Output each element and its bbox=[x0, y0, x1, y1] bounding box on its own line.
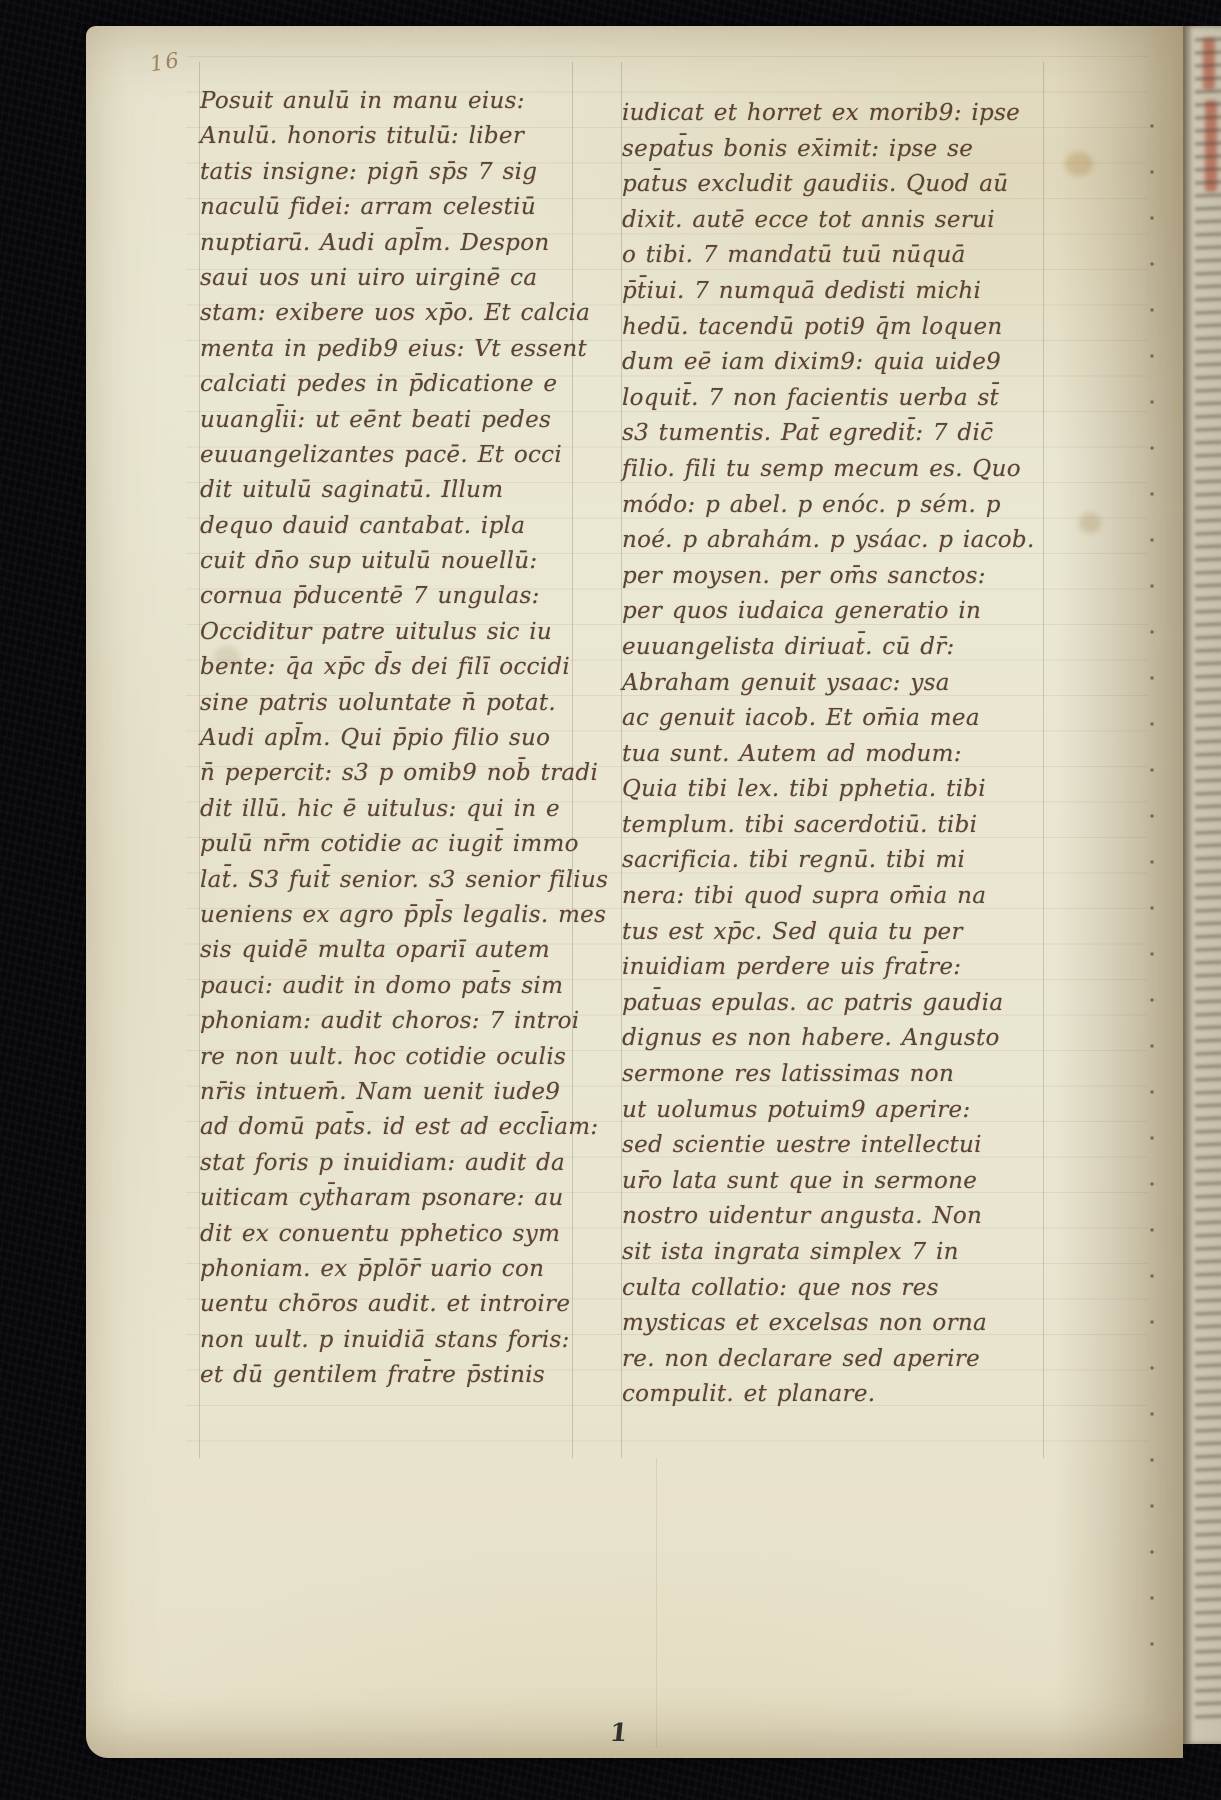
text-line: stat foris p inuidiam: audit da bbox=[200, 1146, 578, 1181]
text-line: sacrificia. tibi regnū. tibi mi bbox=[622, 843, 1052, 879]
text-line: loquit̄. 7 non facientis uerba st̄ bbox=[622, 381, 1052, 417]
text-line: Quia tibi lex. tibi pphetia. tibi bbox=[622, 772, 1052, 808]
text-line: euuangelizantes pacē. Et occi bbox=[200, 438, 578, 473]
text-line: o tibi. 7 mandatū tuū nūquā bbox=[622, 238, 1052, 274]
text-line: saui uos uni uiro uirginē ca bbox=[200, 261, 578, 296]
text-line: pulū nr̄m cotidie ac iugit̄ immo bbox=[200, 827, 578, 862]
text-line: compulit. et planare. bbox=[622, 1377, 1052, 1413]
text-line: dit illū. hic ē uitulus: qui in e bbox=[200, 792, 578, 827]
text-line: culta collatio: que nos res bbox=[622, 1271, 1052, 1307]
text-line: s3 tumentis. Pat̄ egredit̄: 7 dic̄ bbox=[622, 416, 1052, 452]
text-line: ut uolumus potuim9 aperire: bbox=[622, 1093, 1052, 1129]
text-line: dit ex conuentu pphetico sym bbox=[200, 1217, 578, 1252]
text-line: noé. p abrahám. p ysáac. p iacob. bbox=[622, 523, 1052, 559]
text-line: ad domū pat̄s. id est ad eccl̄iam: bbox=[200, 1110, 578, 1145]
text-line: sermone res latissimas non bbox=[622, 1057, 1052, 1093]
text-line: sed scientie uestre intellectui bbox=[622, 1128, 1052, 1164]
text-line: nr̄is intuem̄. Nam uenit iude9 bbox=[200, 1075, 578, 1110]
text-line: uentu chōros audit. et introire bbox=[200, 1287, 578, 1322]
text-line: pat̄uas epulas. ac patris gaudia bbox=[622, 986, 1052, 1022]
right-text-column: iudicat et horret ex morib9: ipsesepat̄u… bbox=[622, 96, 1052, 1413]
text-line: stam: exibere uos xp̄o. Et calcia bbox=[200, 296, 578, 331]
text-line: mysticas et excelsas non orna bbox=[622, 1306, 1052, 1342]
gutter-shadow bbox=[1053, 26, 1183, 1758]
text-line: iudicat et horret ex morib9: ipse bbox=[622, 96, 1052, 132]
text-line: sepat̄us bonis ex̄imit: ipse se bbox=[622, 132, 1052, 168]
photograph-background: 16 Posuit anulū in manu eius:Anulū. hono… bbox=[0, 0, 1221, 1800]
text-line: re non uult. hoc cotidie oculis bbox=[200, 1040, 578, 1075]
text-line: naculū fidei: arram celestiū bbox=[200, 190, 578, 225]
text-line: ur̄o lata sunt que in sermone bbox=[622, 1164, 1052, 1200]
text-line: phoniam. ex p̄plōr̄ uario con bbox=[200, 1252, 578, 1287]
text-line: lat̄. S3 fuit̄ senior. s3 senior filius bbox=[200, 863, 578, 898]
text-line: ueniens ex agro p̄pl̄s legalis. mes bbox=[200, 898, 578, 933]
text-line: euuangelista diriuat̄. cū dr̄: bbox=[622, 630, 1052, 666]
text-line: cuit dn̄o sup uitulū nouellū: bbox=[200, 544, 578, 579]
fore-edge-pages bbox=[1183, 26, 1221, 1744]
text-line: dequo dauid cantabat. ipla bbox=[200, 509, 578, 544]
text-line: p̄t̄iui. 7 numquā dedisti michi bbox=[622, 274, 1052, 310]
text-line: per quos iudaica generatio in bbox=[622, 594, 1052, 630]
text-line: sis quidē multa opariī autem bbox=[200, 933, 578, 968]
text-line: ac genuit iacob. Et om̄ia mea bbox=[622, 701, 1052, 737]
text-line: Audi apl̄m. Qui p̄pio filio suo bbox=[200, 721, 578, 756]
text-line: phoniam: audit choros: 7 introi bbox=[200, 1004, 578, 1039]
text-line: calciati pedes in p̄dicatione e bbox=[200, 367, 578, 402]
text-line: re. non declarare sed aperire bbox=[622, 1342, 1052, 1378]
text-line: tatis insigne: pign̄ sp̄s 7 sig bbox=[200, 155, 578, 190]
text-line: módo: p abel. p enóc. p sém. p bbox=[622, 488, 1052, 524]
text-line: Abraham genuit ysaac: ysa bbox=[622, 666, 1052, 702]
text-line: non uult. p inuidiā stans foris: bbox=[200, 1323, 578, 1358]
text-line: menta in pedib9 eius: Vt essent bbox=[200, 332, 578, 367]
manuscript-page: 16 Posuit anulū in manu eius:Anulū. hono… bbox=[86, 26, 1183, 1758]
text-line: per moysen. per om̄s sanctos: bbox=[622, 559, 1052, 595]
text-line: uuangl̄ii: ut eēnt beati pedes bbox=[200, 403, 578, 438]
text-line: dignus es non habere. Angusto bbox=[622, 1021, 1052, 1057]
text-line: nostro uidentur angusta. Non bbox=[622, 1199, 1052, 1235]
text-line: tus est xp̄c. Sed quia tu per bbox=[622, 915, 1052, 951]
text-line: bente: q̄a xp̄c d̄s dei filī occidi bbox=[200, 650, 578, 685]
text-line: tua sunt. Autem ad modum: bbox=[622, 737, 1052, 773]
text-line: sine patris uoluntate n̄ potat. bbox=[200, 686, 578, 721]
text-line: dum eē iam dixim9: quia uide9 bbox=[622, 345, 1052, 381]
text-line: inuidiam perdere uis frat̄re: bbox=[622, 950, 1052, 986]
text-line: pauci: audit in domo pat̄s sim bbox=[200, 969, 578, 1004]
page-number-stamp: 1 bbox=[608, 1718, 628, 1747]
text-line: nera: tibi quod supra om̄ia na bbox=[622, 879, 1052, 915]
text-line: dit uitulū saginatū. Illum bbox=[200, 473, 578, 508]
text-line: hedū. tacendū poti9 q̄m loquen bbox=[622, 310, 1052, 346]
text-line: Posuit anulū in manu eius: bbox=[200, 84, 578, 119]
text-line: templum. tibi sacerdotiū. tibi bbox=[622, 808, 1052, 844]
text-line: sit ista ingrata simplex 7 in bbox=[622, 1235, 1052, 1271]
vertical-ruling-line bbox=[656, 1458, 657, 1748]
fore-edge-blurred-text bbox=[1195, 38, 1221, 1729]
text-line: filio. fili tu semp mecum es. Quo bbox=[622, 452, 1052, 488]
text-line: cornua p̄ducentē 7 ungulas: bbox=[200, 579, 578, 614]
text-line: uiticam cyt̄haram psonare: au bbox=[200, 1181, 578, 1216]
text-line: n̄ pepercit: s3 p omib9 nob̄ tradi bbox=[200, 756, 578, 791]
text-line: Anulū. honoris titulū: liber bbox=[200, 119, 578, 154]
text-line: nuptiarū. Audi apl̄m. Despon bbox=[200, 226, 578, 261]
folio-number: 16 bbox=[148, 48, 182, 77]
text-line: dixit. autē ecce tot annis serui bbox=[622, 203, 1052, 239]
text-line: pat̄us excludit gaudiis. Quod aū bbox=[622, 167, 1052, 203]
text-line: et dū gentilem frat̄re p̄stinis bbox=[200, 1358, 578, 1393]
left-text-column: Posuit anulū in manu eius:Anulū. honoris… bbox=[200, 84, 578, 1393]
text-line: Occiditur patre uitulus sic iu bbox=[200, 615, 578, 650]
